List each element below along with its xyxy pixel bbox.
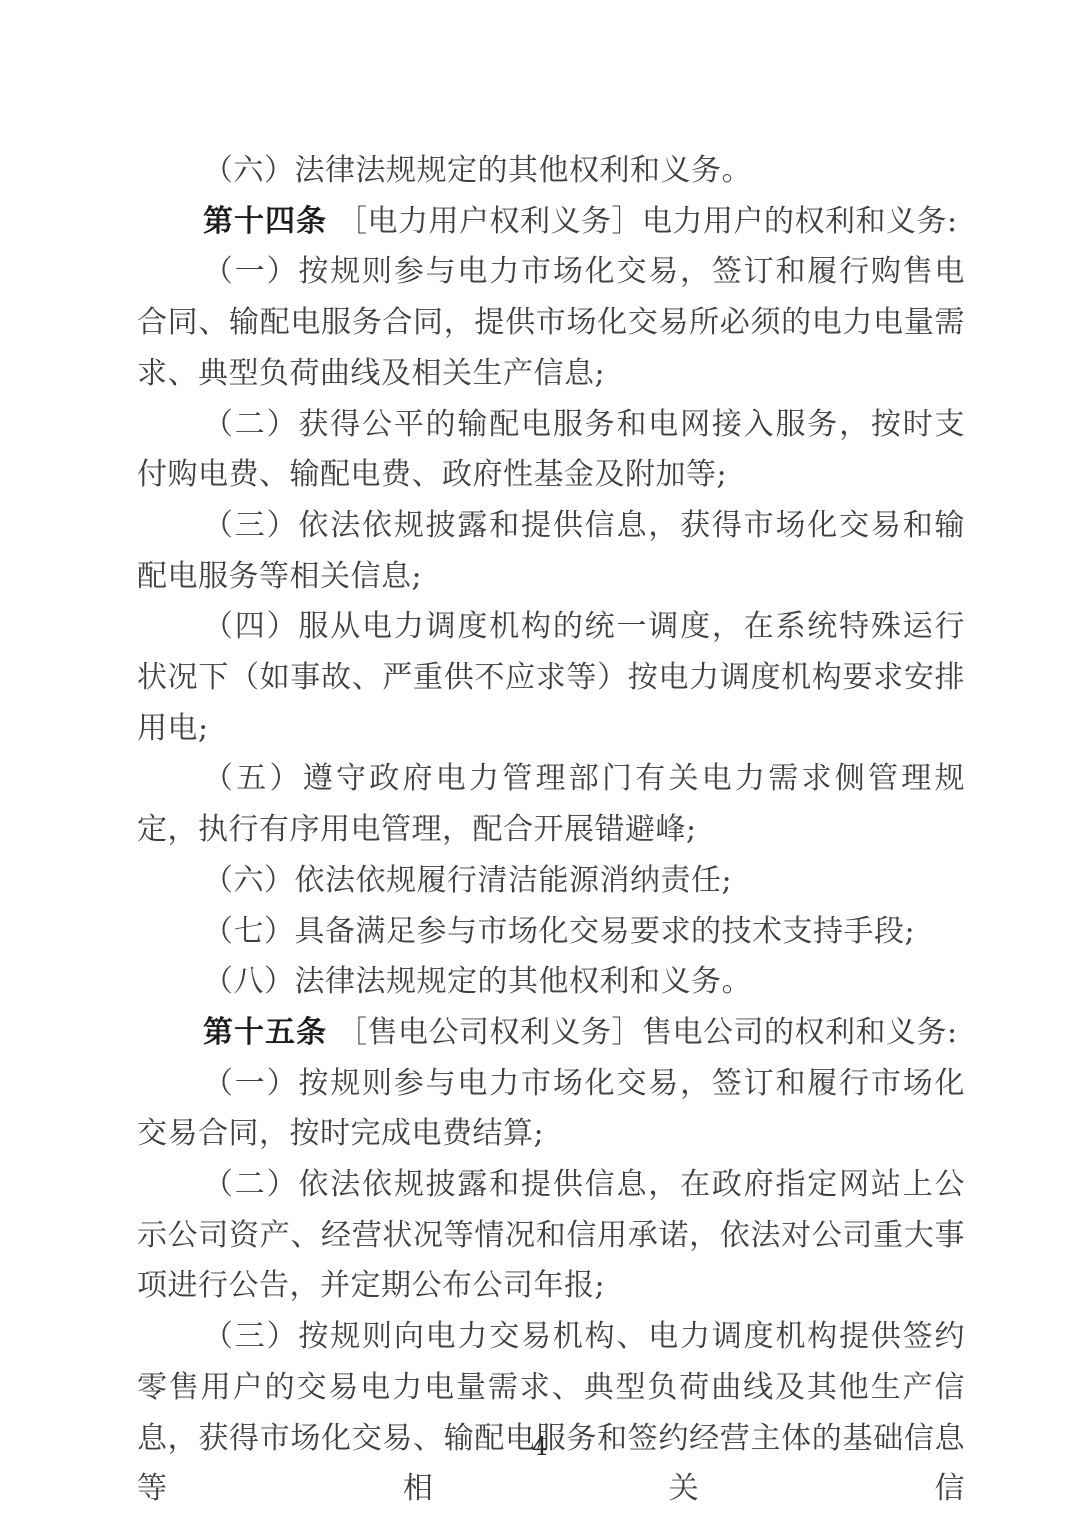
paragraph-item-6-prev-article: （六）法律法规规定的其他权利和义务。 <box>137 146 965 197</box>
article-14-item-2: （二）获得公平的输配电服务和电网接入服务，按时支付购电费、输配电费、政府性基金及… <box>137 400 965 501</box>
article-14-item-4: （四）服从电力调度机构的统一调度，在系统特殊运行状况下（如事故、严重供不应求等）… <box>137 602 965 754</box>
article-14-item-5: （五）遵守政府电力管理部门有关电力需求侧管理规定，执行有序用电管理，配合开展错避… <box>137 754 965 855</box>
article-14-item-1: （一）按规则参与电力市场化交易，签订和履行购售电合同、输配电服务合同，提供市场化… <box>137 247 965 399</box>
article-14-item-3: （三）依法依规披露和提供信息，获得市场化交易和输配电服务等相关信息; <box>137 501 965 602</box>
article-15-item-1: （一）按规则参与电力市场化交易，签订和履行市场化交易合同，按时完成电费结算; <box>137 1059 965 1160</box>
paragraph-text: （六）法律法规规定的其他权利和义务。 <box>203 153 752 188</box>
article-15-heading: 第十五条［售电公司权利义务］售电公司的权利和义务: <box>137 1008 965 1059</box>
article-14-number: 第十四条 <box>203 205 327 238</box>
paragraph-text: （四）服从电力调度机构的统一调度，在系统特殊运行状况下（如事故、严重供不应求等）… <box>137 609 965 745</box>
document-body: （六）法律法规规定的其他权利和义务。 第十四条［电力用户权利义务］电力用户的权利… <box>137 146 965 1515</box>
article-14-item-7: （七）具备满足参与市场化交易要求的技术支持手段; <box>137 907 965 958</box>
paragraph-text: （二）依法依规披露和提供信息，在政府指定网站上公示公司资产、经营状况等情况和信用… <box>137 1167 965 1303</box>
paragraph-text: （七）具备满足参与市场化交易要求的技术支持手段; <box>203 914 915 949</box>
article-15-title: ［售电公司权利义务］售电公司的权利和义务: <box>337 1015 958 1050</box>
article-14-item-8: （八）法律法规规定的其他权利和义务。 <box>137 957 965 1008</box>
paragraph-text: （五）遵守政府电力管理部门有关电力需求侧管理规定，执行有序用电管理，配合开展错避… <box>137 761 965 847</box>
article-15-item-3: （三）按规则向电力交易机构、电力调度机构提供签约零售用户的交易电力电量需求、典型… <box>137 1312 965 1515</box>
paragraph-text: （二）获得公平的输配电服务和电网接入服务，按时支付购电费、输配电费、政府性基金及… <box>137 407 965 493</box>
paragraph-text: （八）法律法规规定的其他权利和义务。 <box>203 964 752 999</box>
article-15-number: 第十五条 <box>203 1016 327 1049</box>
document-page: （六）法律法规规定的其他权利和义务。 第十四条［电力用户权利义务］电力用户的权利… <box>0 0 1080 1527</box>
paragraph-text: （一）按规则参与电力市场化交易，签订和履行市场化交易合同，按时完成电费结算; <box>137 1066 965 1152</box>
article-15-item-2: （二）依法依规披露和提供信息，在政府指定网站上公示公司资产、经营状况等情况和信用… <box>137 1160 965 1312</box>
paragraph-text: （一）按规则参与电力市场化交易，签订和履行购售电合同、输配电服务合同，提供市场化… <box>137 254 965 390</box>
paragraph-text: （三）依法依规披露和提供信息，获得市场化交易和输配电服务等相关信息; <box>137 508 965 594</box>
paragraph-text: （六）依法依规履行清洁能源消纳责任; <box>203 863 732 898</box>
article-14-title: ［电力用户权利义务］电力用户的权利和义务: <box>337 204 958 239</box>
article-14-item-6: （六）依法依规履行清洁能源消纳责任; <box>137 856 965 907</box>
article-14-heading: 第十四条［电力用户权利义务］电力用户的权利和义务: <box>137 197 965 248</box>
paragraph-text: （三）按规则向电力交易机构、电力调度机构提供签约零售用户的交易电力电量需求、典型… <box>137 1319 965 1506</box>
page-number: 4 <box>0 1432 1080 1461</box>
